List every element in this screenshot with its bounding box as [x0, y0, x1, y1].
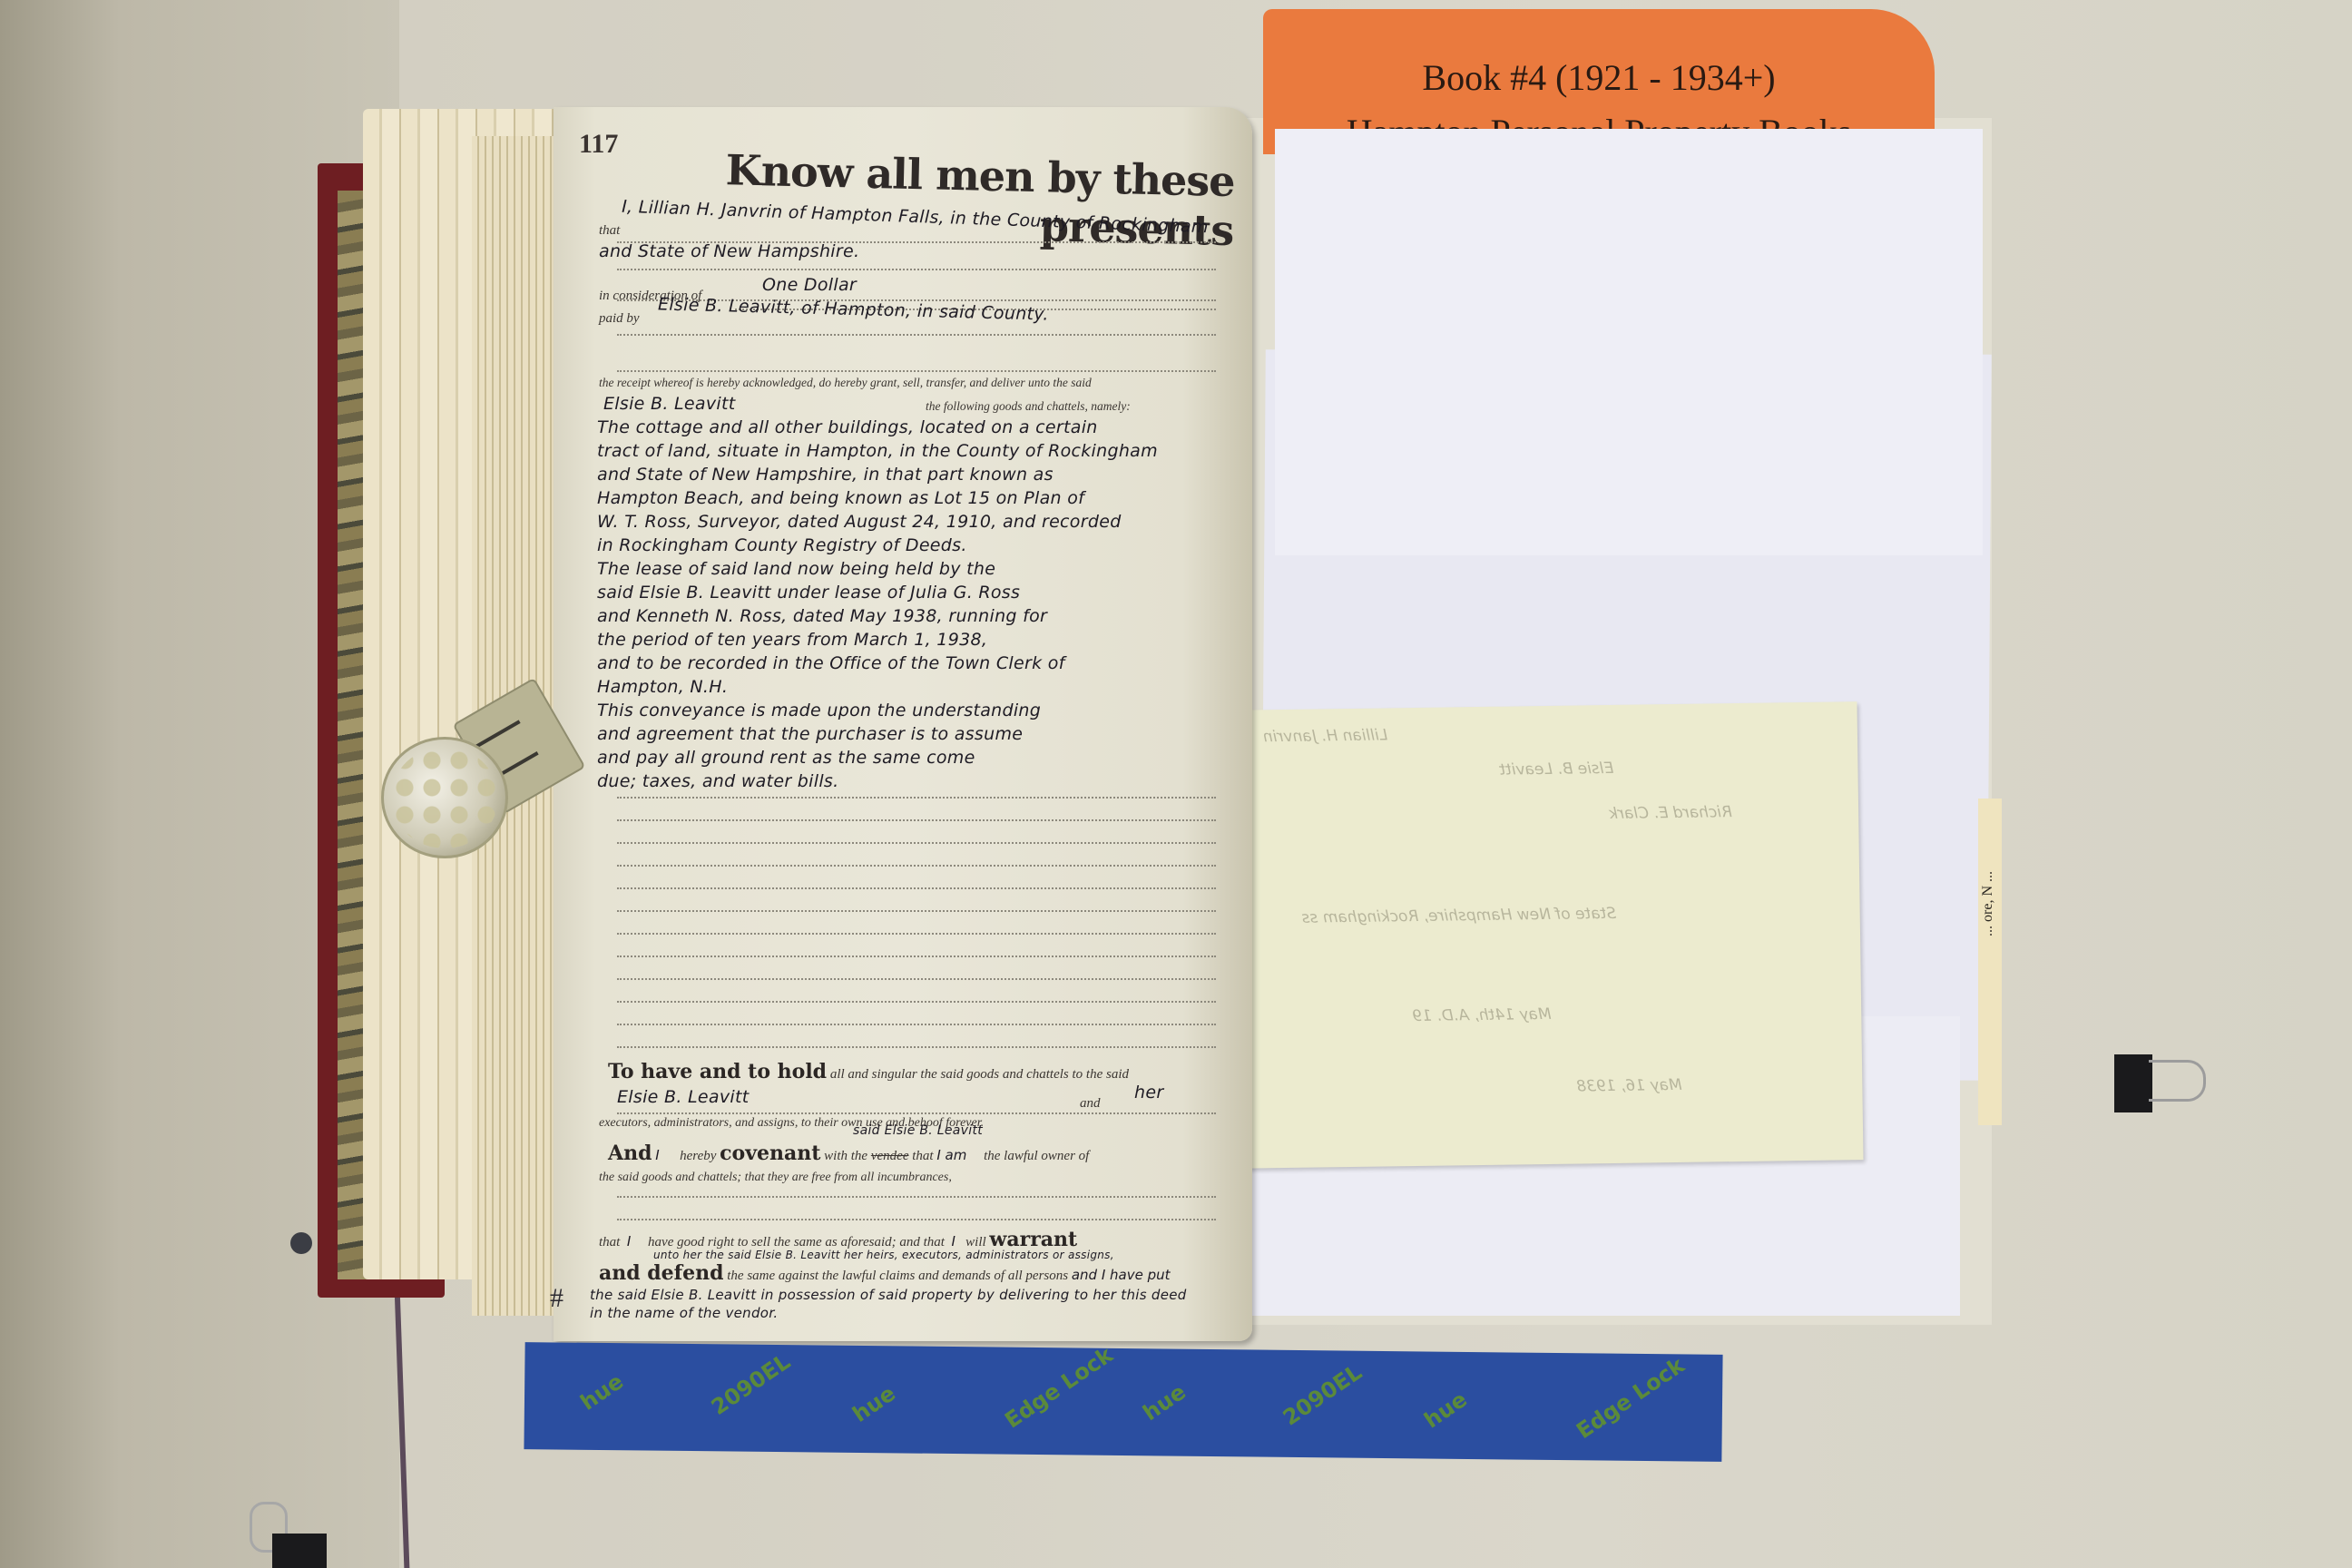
- grantor-line-2: and State of New Hampshire.: [599, 241, 859, 261]
- painters-tape: hue 2090EL hue Edge Lock hue 2090EL hue …: [524, 1342, 1722, 1462]
- printed-covenant-line: And I hereby covenant with the vendee th…: [608, 1142, 1089, 1165]
- notecard[interactable]: Lillian H. Janvrin Elsie B. Leavitt Rich…: [1227, 701, 1864, 1169]
- goods-line: and pay all ground rent as the same come: [597, 748, 975, 768]
- goods-line: W. T. Ross, Surveyor, dated August 24, 1…: [597, 512, 1122, 532]
- goods-line: tract of land, situate in Hampton, in th…: [597, 441, 1158, 461]
- goods-line: and State of New Hampshire, in that part…: [597, 465, 1053, 485]
- goods-line: This conveyance is made upon the underst…: [597, 701, 1041, 720]
- goods-line: and Kenneth N. Ross, dated May 1938, run…: [597, 606, 1047, 626]
- goods-line: said Elsie B. Leavitt under lease of Jul…: [597, 583, 1020, 603]
- closing-line-2: in the name of the vendor.: [590, 1305, 778, 1321]
- against: the same against the lawful claims and d…: [727, 1269, 1068, 1283]
- bleed-text: May 14th, A.D. 19: [1412, 1005, 1552, 1025]
- covenant-heading: covenant: [720, 1142, 820, 1165]
- will-pronoun: I: [951, 1233, 955, 1249]
- printed-free-from: the said goods and chattels; that they a…: [599, 1171, 952, 1185]
- ledger-page: 117 Know all men by these presents that …: [554, 107, 1252, 1341]
- decorative-disc: [381, 737, 508, 858]
- bleed-text: Richard E. Clark: [1609, 803, 1732, 823]
- tape-logo: Edge Lock: [1572, 1352, 1689, 1444]
- printed-and: and: [1080, 1096, 1101, 1112]
- with-the: with the: [824, 1149, 867, 1163]
- to-have-rest: all and singular the said goods and chat…: [830, 1067, 1129, 1082]
- grantee-name: Elsie B. Leavitt: [603, 394, 735, 414]
- tape-logo: hue: [576, 1368, 628, 1416]
- binder-clip-right[interactable]: [2114, 1054, 2152, 1112]
- defend-insert: unto her the said Elsie B. Leavitt her h…: [653, 1249, 1114, 1261]
- goods-line: Hampton Beach, and being known as Lot 15…: [597, 488, 1084, 508]
- bleed-text: Lillian H. Janvrin: [1263, 726, 1388, 746]
- goods-line: due; taxes, and water bills.: [597, 771, 838, 791]
- tape-logo: hue: [1138, 1379, 1190, 1426]
- printed-that: that: [599, 223, 620, 239]
- closing-line-1: the said Elsie B. Leavitt in possession …: [590, 1287, 1187, 1303]
- tape-logo: 2090EL: [1279, 1359, 1367, 1431]
- struck-vendee: vendee: [871, 1149, 909, 1163]
- i-am: I am: [936, 1147, 966, 1163]
- goods-line: in Rockingham County Registry of Deeds.: [597, 535, 967, 555]
- to-have-heading: To have and to hold: [608, 1060, 827, 1083]
- consideration-amount: One Dollar: [762, 275, 857, 295]
- printed-to-have: To have and to hold all and singular the…: [608, 1060, 1129, 1083]
- printed-receipt-clause: the receipt whereof is hereby acknowledg…: [599, 376, 1092, 390]
- hold-name: Elsie B. Leavitt: [617, 1087, 749, 1107]
- goods-line: Hampton, N.H.: [597, 677, 728, 697]
- binder-clip-handle: [2149, 1060, 2206, 1102]
- that-pronoun: I: [627, 1233, 631, 1249]
- printed-paid-by: paid by: [599, 311, 640, 327]
- and-defend-heading: and defend: [599, 1261, 724, 1285]
- bleed-text: May 16, 1938: [1576, 1076, 1682, 1096]
- disc-pattern: [391, 747, 498, 848]
- margin-mark: #: [550, 1283, 563, 1314]
- and-i-heading: And: [608, 1142, 652, 1165]
- table-hole: [290, 1232, 312, 1254]
- covenant-insert: said Elsie B. Leavitt: [853, 1123, 983, 1138]
- goods-line: The cottage and all other buildings, loc…: [597, 417, 1098, 437]
- goods-line: and agreement that the purchaser is to a…: [597, 724, 1023, 744]
- tape-logo: hue: [848, 1380, 899, 1427]
- page-heading: Know all men by these presents: [671, 144, 1235, 255]
- goods-line: and to be recorded in the Office of the …: [597, 653, 1065, 673]
- bleed-text: Elsie B. Leavitt: [1499, 759, 1613, 779]
- printed-defend-line: and defend the same against the lawful c…: [599, 1261, 1171, 1285]
- goods-line: The lease of said land now being held by…: [597, 559, 995, 579]
- good-right: have good right to sell the same as afor…: [648, 1235, 945, 1249]
- book-label-title: Book #4 (1921 - 1934+): [1263, 56, 1935, 99]
- hold-heirs: her: [1134, 1083, 1163, 1102]
- lawful-owner: the lawful owner of: [984, 1149, 1089, 1163]
- side-strip-text: ... ore, N ...: [1980, 871, 1996, 936]
- binder-clip-bottom[interactable]: [272, 1534, 327, 1568]
- will: will: [965, 1235, 986, 1249]
- printed-goods-clause: the following goods and chattels, namely…: [926, 399, 1131, 414]
- that: that: [912, 1149, 933, 1163]
- that-label: that: [599, 1235, 620, 1249]
- side-paper-strip: [1978, 799, 2002, 1125]
- page-number: 117: [579, 129, 618, 160]
- hereby: hereby: [680, 1149, 716, 1163]
- tape-logo: 2090EL: [707, 1348, 795, 1420]
- tape-logo: Edge Lock: [1000, 1342, 1117, 1434]
- defend-tail: and I have put: [1072, 1267, 1171, 1283]
- tape-logo: hue: [1419, 1387, 1471, 1434]
- goods-line: the period of ten years from March 1, 19…: [597, 630, 987, 650]
- bleed-text: State of New Hampshire, Rockingham ss: [1302, 905, 1617, 927]
- loose-sheet[interactable]: [1275, 129, 1983, 555]
- and-i-pronoun: I: [655, 1147, 659, 1163]
